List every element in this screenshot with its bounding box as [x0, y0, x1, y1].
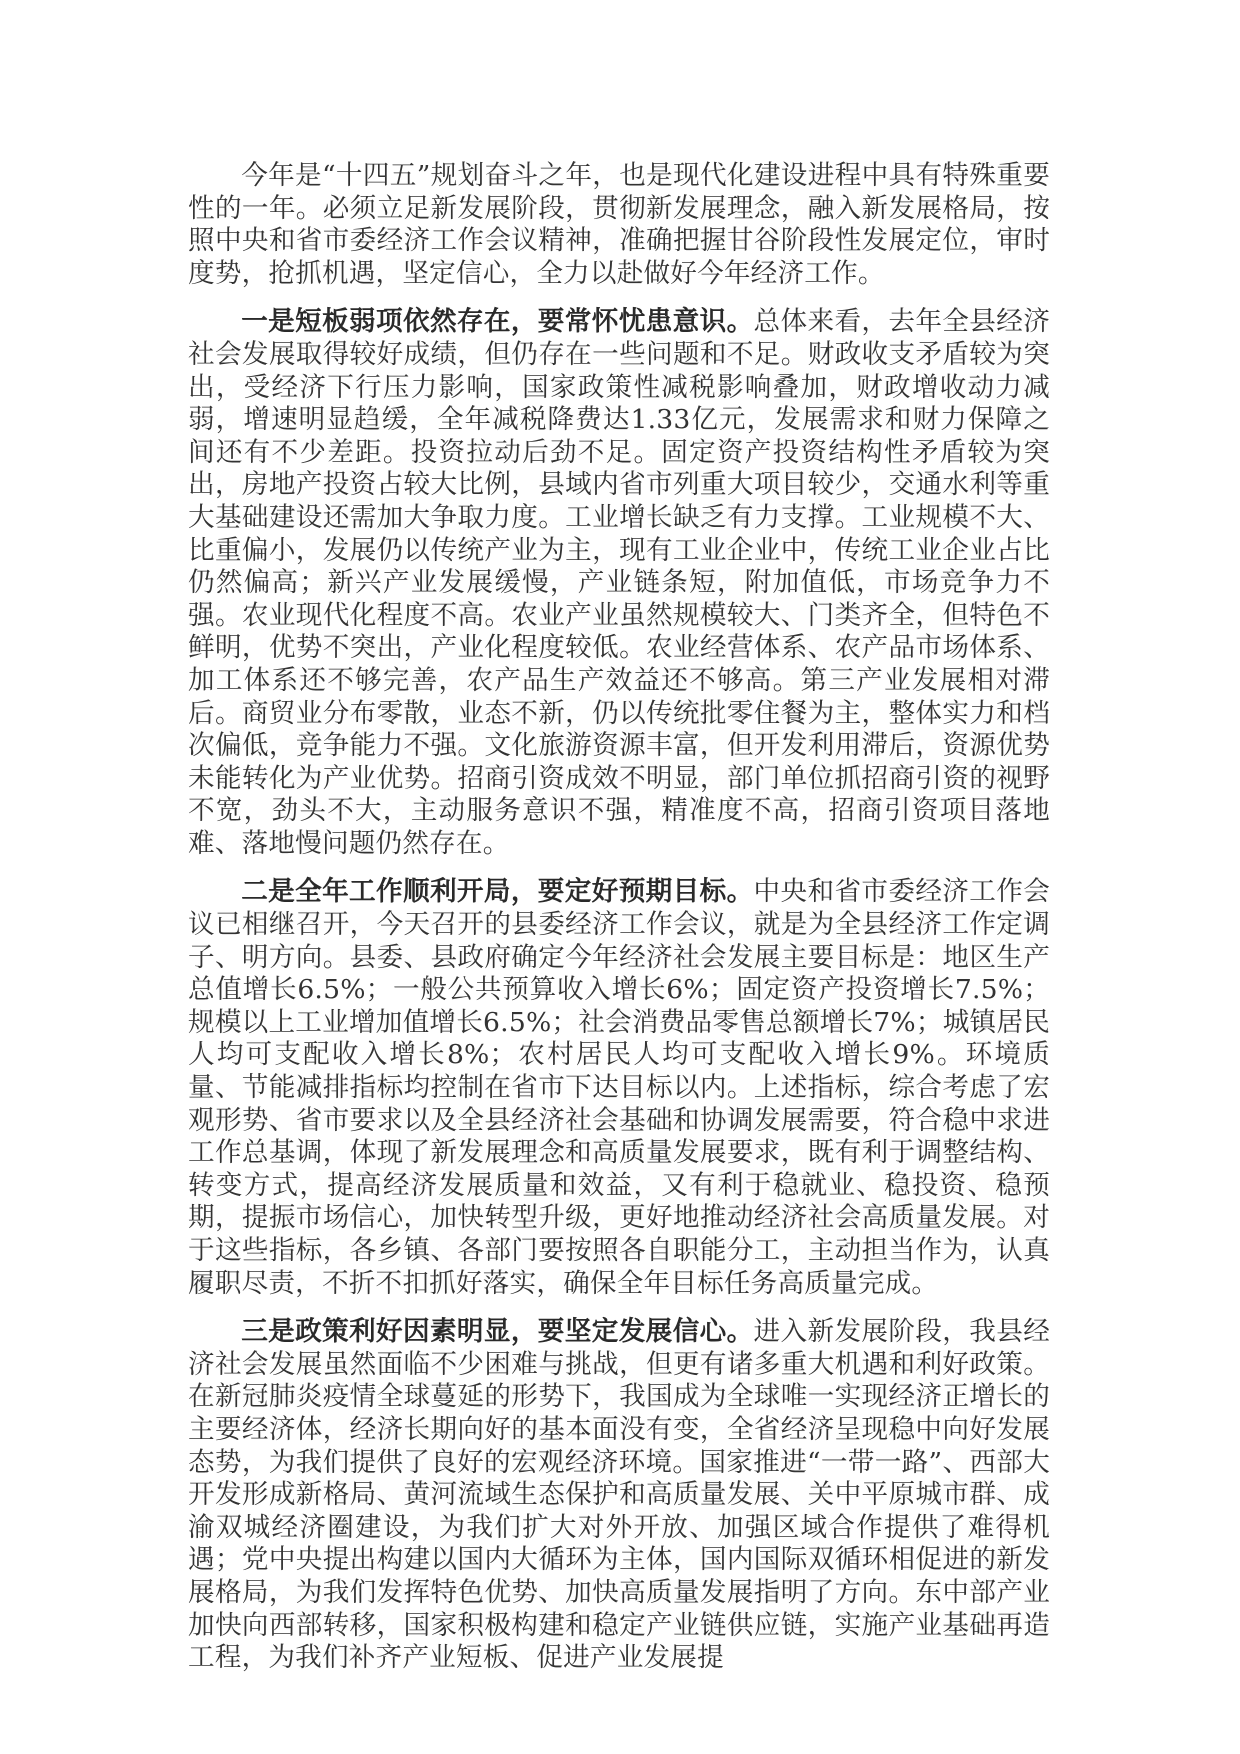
paragraph-body: 今年是“十四五”规划奋斗之年，也是现代化建设进程中具有特殊重要性的一年。必须立足…: [188, 160, 1050, 289]
paragraph-point-3: 三是政策利好因素明显，要坚定发展信心。进入新发展阶段，我县经济社会发展虽然面临不…: [188, 1316, 1050, 1675]
paragraph-point-1: 一是短板弱项依然存在，要常怀忧患意识。总体来看，去年全县经济社会发展取得较好成绩…: [188, 306, 1050, 860]
paragraph-point-2: 二是全年工作顺利开局，要定好预期目标。中央和省市委经济工作会议已相继召开，今天召…: [188, 876, 1050, 1300]
paragraph-body: 进入新发展阶段，我县经济社会发展虽然面临不少困难与挑战，但更有诸多重大机遇和利好…: [188, 1316, 1050, 1673]
paragraph-lead: 一是短板弱项依然存在，要常怀忧患意识。: [241, 306, 753, 337]
paragraph-body: 中央和省市委经济工作会议已相继召开，今天召开的县委经济工作会议，就是为全县经济工…: [188, 876, 1050, 1298]
paragraph-intro: 今年是“十四五”规划奋斗之年，也是现代化建设进程中具有特殊重要性的一年。必须立足…: [188, 160, 1050, 290]
paragraph-lead: 二是全年工作顺利开局，要定好预期目标。: [241, 876, 753, 907]
document-page: 今年是“十四五”规划奋斗之年，也是现代化建设进程中具有特殊重要性的一年。必须立足…: [188, 160, 1050, 1691]
paragraph-body: 总体来看，去年全县经济社会发展取得较好成绩，但仍存在一些问题和不足。财政收支矛盾…: [188, 306, 1050, 859]
paragraph-lead: 三是政策利好因素明显，要坚定发展信心。: [241, 1316, 753, 1347]
